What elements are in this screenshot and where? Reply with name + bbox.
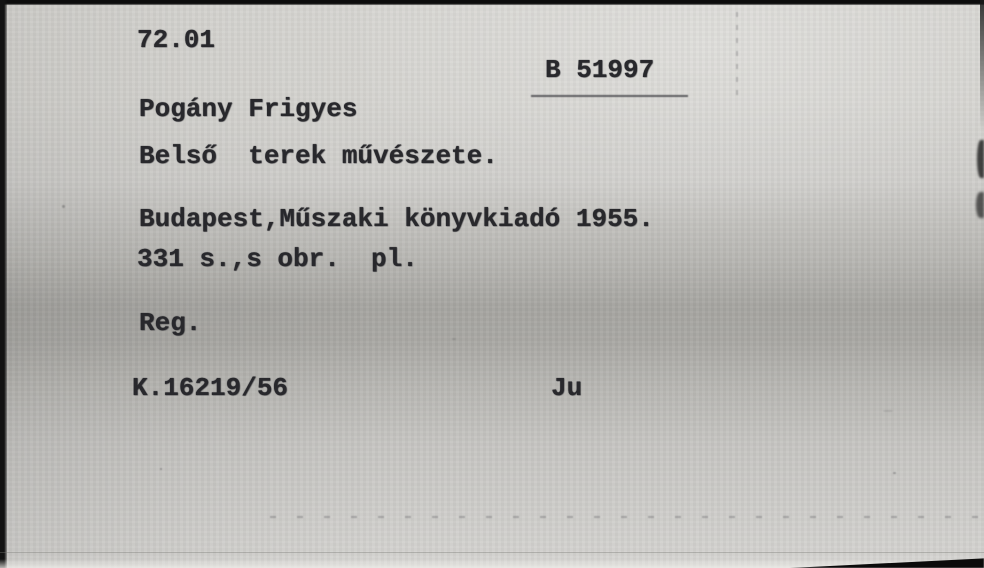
scan-edge-right bbox=[980, 0, 984, 130]
scan-edge-smudge bbox=[977, 140, 984, 178]
imprint-line: Budapest,Műszaki könyvkiadó 1955. bbox=[139, 206, 654, 232]
card-crease-line bbox=[736, 12, 738, 97]
card-crease-line bbox=[270, 516, 984, 518]
paper-speck bbox=[893, 472, 896, 474]
title-line: Belső terek művészete. bbox=[139, 143, 498, 169]
paper-speck bbox=[160, 468, 162, 470]
scan-edge-left bbox=[0, 0, 7, 568]
note-line: Reg. bbox=[139, 310, 201, 336]
paper-speck bbox=[62, 205, 65, 208]
classification-number: 72.01 bbox=[137, 27, 215, 53]
shelfmark: B 51997 bbox=[545, 57, 654, 83]
cataloguer-initials: Ju bbox=[551, 375, 582, 401]
paper-speck bbox=[883, 410, 893, 412]
collation-line: 331 s.,s obr. pl. bbox=[137, 246, 418, 272]
catalog-card-scan: 72.01 B 51997 Pogány Frigyes Belső terek… bbox=[0, 0, 984, 568]
scan-edge-top bbox=[0, 0, 984, 5]
paper-speck bbox=[452, 338, 456, 340]
shelfmark-underline bbox=[531, 95, 688, 97]
scan-edge-smudge bbox=[976, 192, 984, 218]
card-bottom-edge bbox=[0, 552, 984, 553]
accession-number: K.16219/56 bbox=[132, 375, 288, 401]
author-line: Pogány Frigyes bbox=[139, 96, 357, 122]
